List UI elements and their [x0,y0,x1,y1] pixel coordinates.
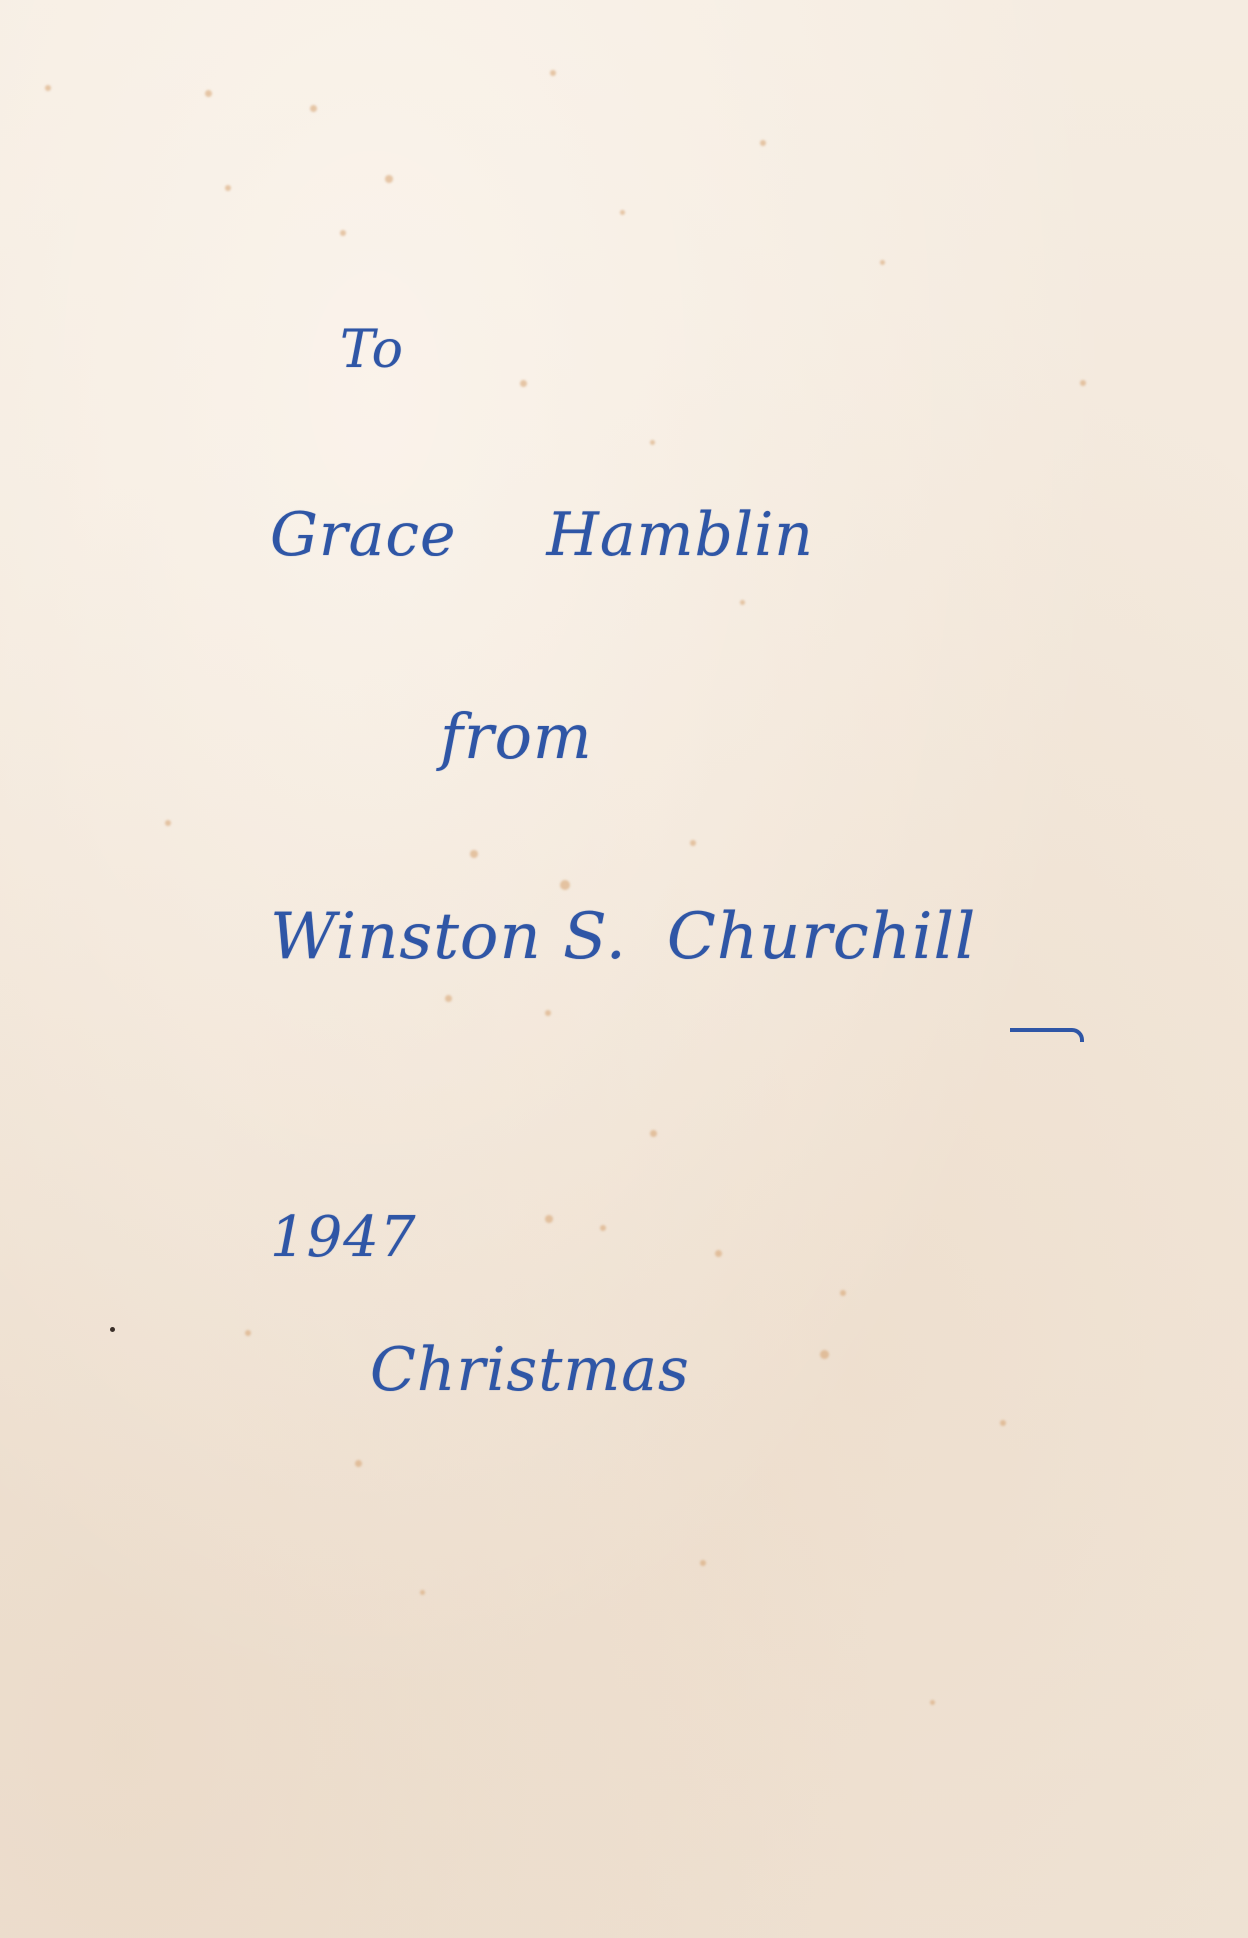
recipient-first-name: Grace [270,500,457,570]
inscription-year: 1947 [270,1205,417,1270]
inscription-occasion: Christmas [370,1335,690,1405]
signature-first: Winston S. [270,900,627,974]
foxing-spot [340,230,346,236]
foxing-spot [650,440,655,445]
foxing-spot [620,210,625,215]
foxing-spot [1000,1420,1006,1426]
foxing-spot [520,380,527,387]
foxing-spot [355,1460,362,1467]
foxing-spot [45,85,51,91]
foxing-spot [690,840,696,846]
foxing-spot [840,1290,846,1296]
foxing-spot [545,1010,551,1016]
foxing-spot [715,1250,722,1257]
foxing-spot [650,1130,657,1137]
inscription-to: To [340,320,404,380]
foxing-spot [820,1350,829,1359]
signature-last: Churchill [667,900,976,974]
foxing-spot [205,90,212,97]
foxing-spot [420,1590,425,1595]
foxing-spot [560,880,570,890]
foxing-spot [880,260,885,265]
signature-flourish [1010,1028,1084,1042]
foxing-spot [545,1215,553,1223]
inscription-from: from [440,700,593,773]
signature: Winston S.Churchill [270,900,976,974]
inscription-recipient: GraceHamblin [270,500,814,570]
foxing-spot [760,140,766,146]
foxing-spot [700,1560,706,1566]
foxing-spot [225,185,231,191]
foxing-spot [930,1700,935,1705]
ink-dot [110,1327,115,1332]
foxing-spot [470,850,478,858]
foxing-spot [1080,380,1086,386]
recipient-last-name: Hamblin [547,500,814,570]
foxing-spot [310,105,317,112]
foxing-spot [245,1330,251,1336]
foxing-spot [385,175,393,183]
inscription-page: To GraceHamblin from Winston S.Churchill… [0,0,1248,1938]
foxing-spot [740,600,745,605]
foxing-spot [600,1225,606,1231]
foxing-spot [165,820,171,826]
foxing-spot [550,70,556,76]
foxing-spot [445,995,452,1002]
